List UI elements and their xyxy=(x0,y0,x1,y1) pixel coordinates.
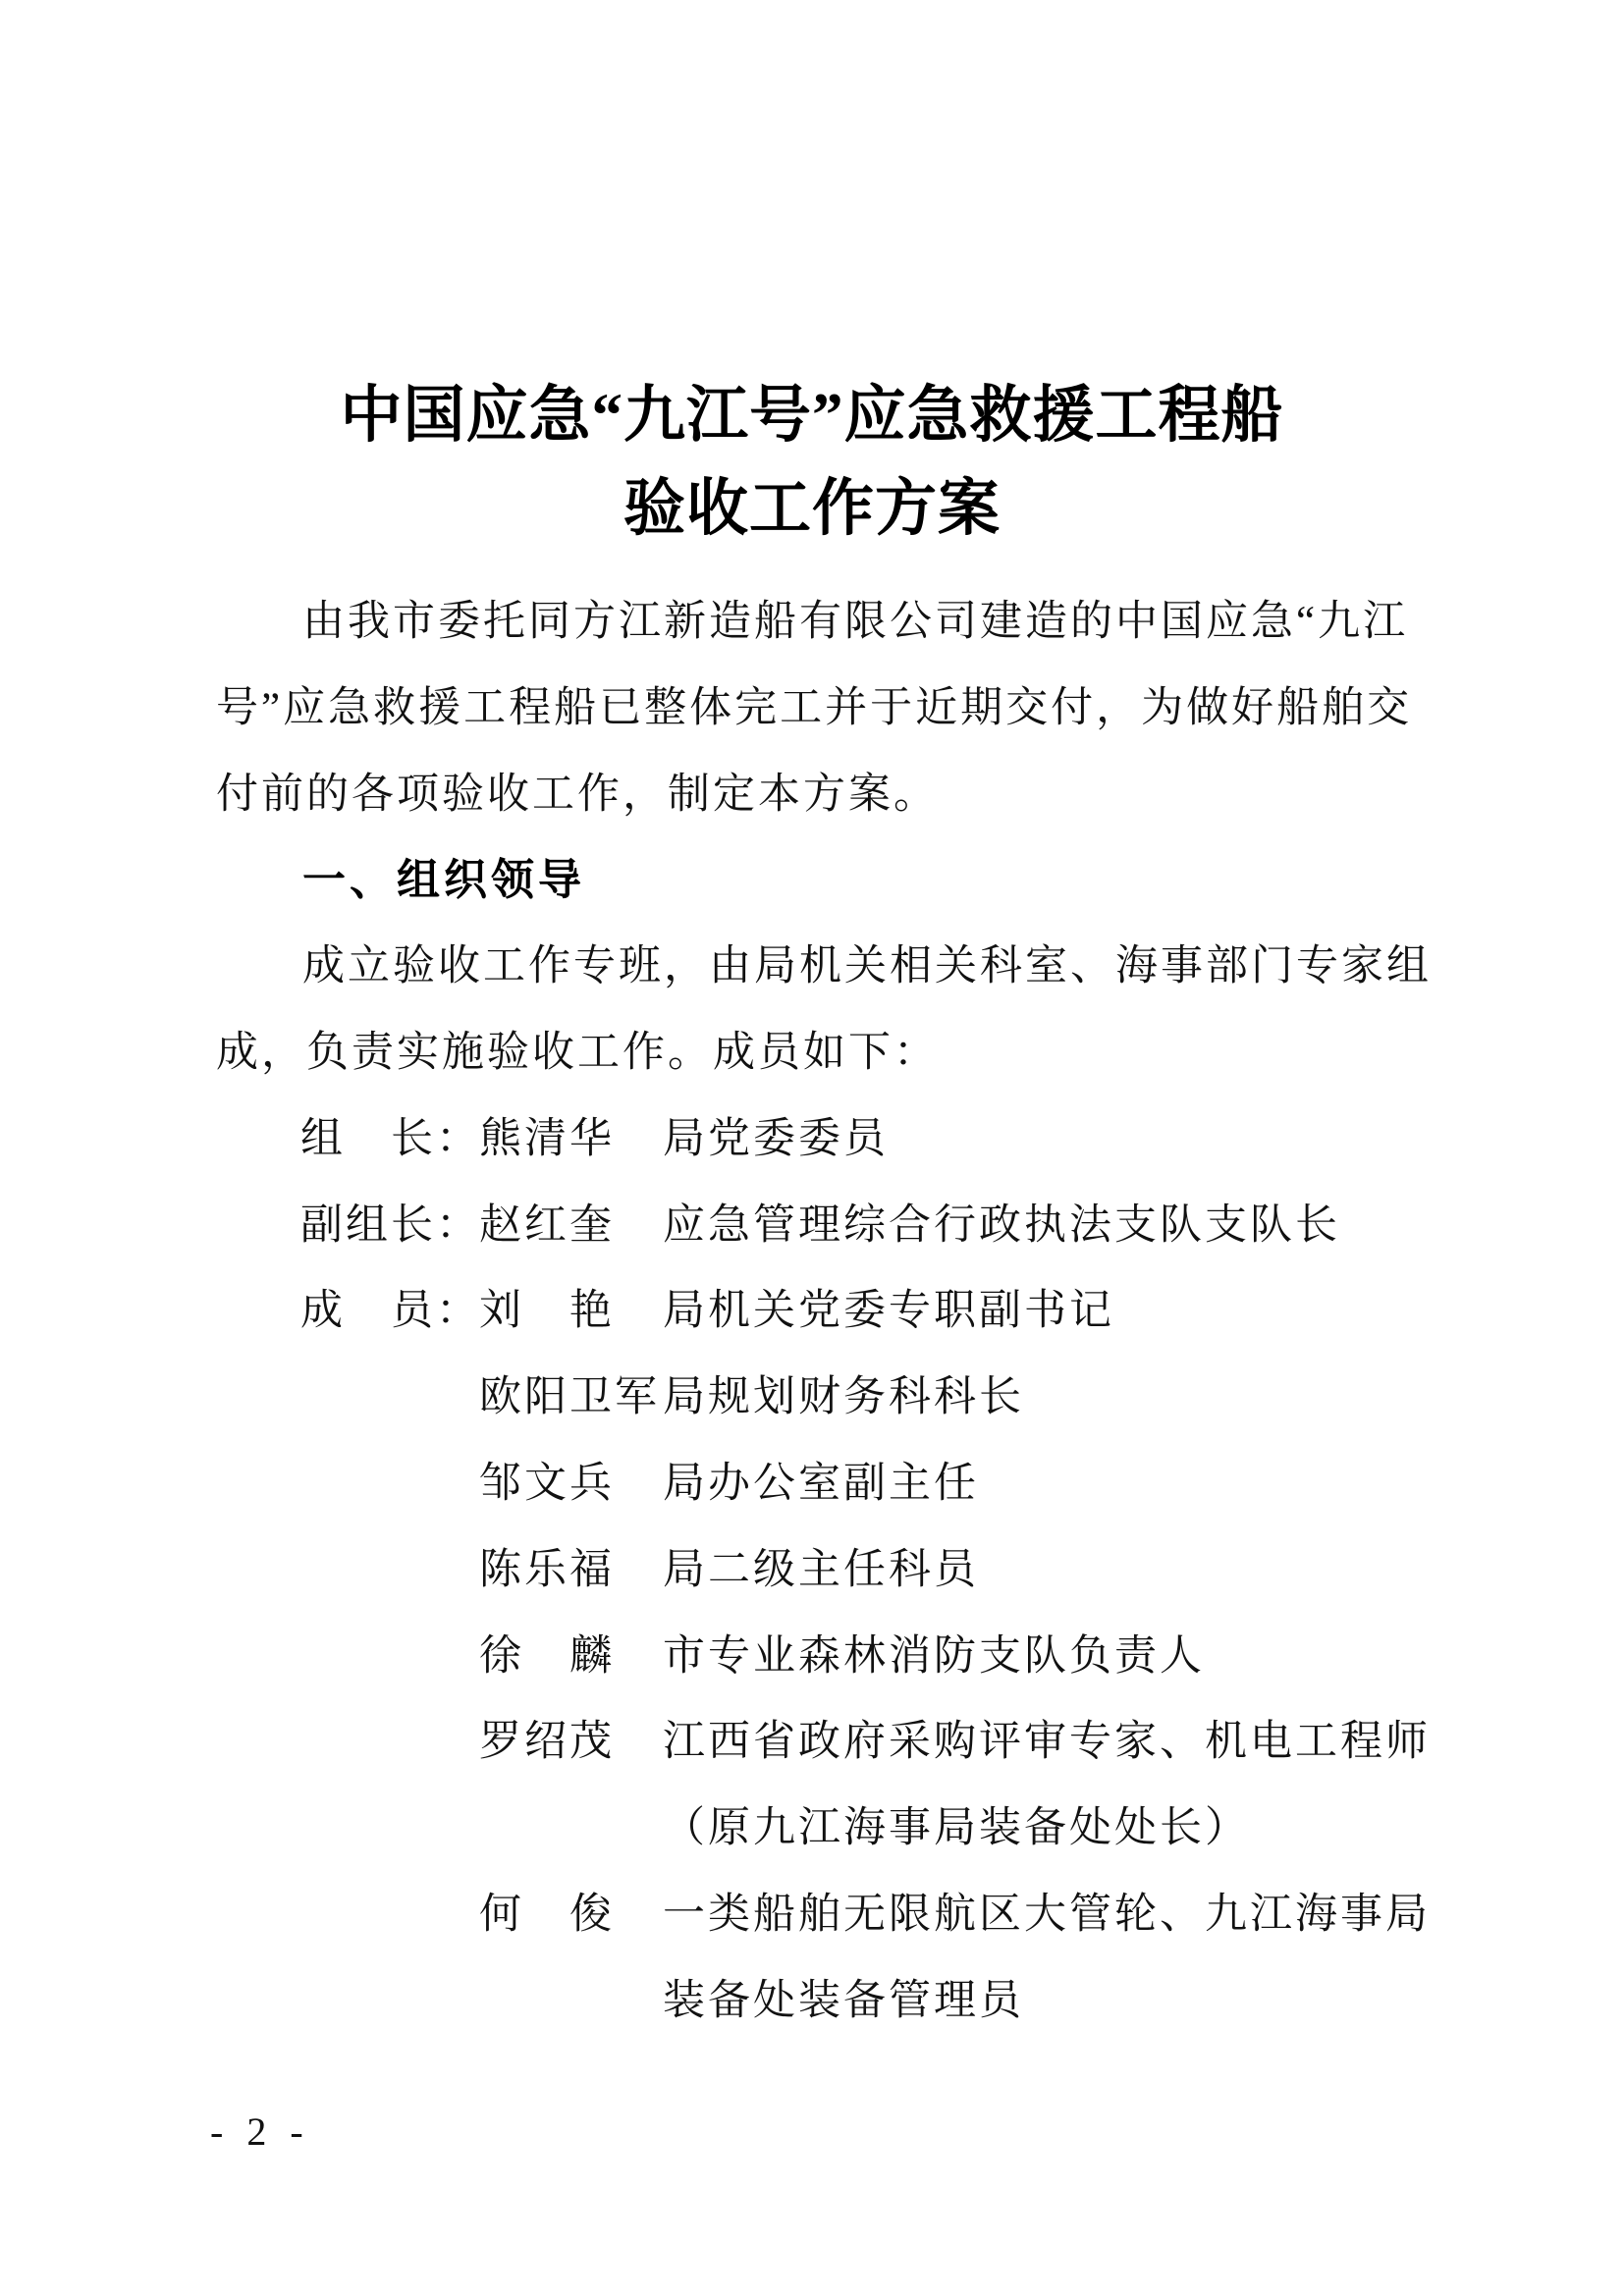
page-number: - 2 - xyxy=(210,2109,310,2155)
section-para-line-1: 成立验收工作专班，由局机关相关科室、海事部门专家组 xyxy=(216,924,1443,1010)
member-role: 一类船舶无限航区大管轮、九江海事局 xyxy=(663,1872,1431,1958)
title-line-1: 中国应急“九江号”应急救援工程船 xyxy=(0,369,1624,462)
member-label: 副组长： xyxy=(300,1183,479,1269)
member-name xyxy=(479,1786,663,1872)
member-role: 应急管理综合行政执法支队支队长 xyxy=(663,1183,1340,1269)
member-label xyxy=(300,1699,479,1786)
member-role: 局二级主任科员 xyxy=(663,1527,979,1614)
member-role: 装备处装备管理员 xyxy=(663,1958,1024,2045)
member-label xyxy=(300,1872,479,1958)
member-role: 局规划财务科科长 xyxy=(663,1355,1024,1441)
intro-line-2: 号”应急救援工程船已整体完工并于近期交付，为做好船舶交 xyxy=(216,666,1443,752)
member-name: 赵红奎 xyxy=(479,1183,663,1269)
member-label xyxy=(300,1958,479,2045)
member-name: 刘 艳 xyxy=(479,1268,663,1355)
member-row: 成 员： 刘 艳 局机关党委专职副书记 xyxy=(216,1268,1443,1355)
member-name: 邹文兵 xyxy=(479,1441,663,1527)
member-label xyxy=(300,1355,479,1441)
intro-line-1: 由我市委托同方江新造船有限公司建造的中国应急“九江 xyxy=(216,579,1443,666)
member-role: 江西省政府采购评审专家、机电工程师 xyxy=(663,1699,1431,1786)
member-name: 何 俊 xyxy=(479,1872,663,1958)
member-row: （原九江海事局装备处处长） xyxy=(216,1786,1443,1872)
section-heading: 一、组织领导 xyxy=(216,837,1443,924)
member-label xyxy=(300,1527,479,1614)
member-name: 徐 麟 xyxy=(479,1614,663,1700)
member-role: 市专业森林消防支队负责人 xyxy=(663,1614,1205,1700)
document-title: 中国应急“九江号”应急救援工程船 验收工作方案 xyxy=(0,369,1624,556)
member-row: 徐 麟 市专业森林消防支队负责人 xyxy=(216,1614,1443,1700)
document-page: 中国应急“九江号”应急救援工程船 验收工作方案 由我市委托同方江新造船有限公司建… xyxy=(0,0,1624,2296)
member-role: （原九江海事局装备处处长） xyxy=(663,1786,1250,1872)
member-role: 局机关党委专职副书记 xyxy=(663,1268,1114,1355)
member-row: 副组长： 赵红奎 应急管理综合行政执法支队支队长 xyxy=(216,1183,1443,1269)
member-name: 欧阳卫军 xyxy=(479,1355,663,1441)
member-label xyxy=(300,1441,479,1527)
member-name: 熊清华 xyxy=(479,1096,663,1183)
member-label: 成 员： xyxy=(300,1268,479,1355)
title-line-2: 验收工作方案 xyxy=(0,462,1624,556)
member-label: 组 长： xyxy=(300,1096,479,1183)
member-label xyxy=(300,1614,479,1700)
member-name: 陈乐福 xyxy=(479,1527,663,1614)
section-para-line-2: 成，负责实施验收工作。成员如下： xyxy=(216,1010,1443,1096)
member-name: 罗绍茂 xyxy=(479,1699,663,1786)
member-row: 装备处装备管理员 xyxy=(216,1958,1443,2045)
member-label xyxy=(300,1786,479,1872)
member-row: 邹文兵 局办公室副主任 xyxy=(216,1441,1443,1527)
member-row: 何 俊 一类船舶无限航区大管轮、九江海事局 xyxy=(216,1872,1443,1958)
intro-line-3: 付前的各项验收工作，制定本方案。 xyxy=(216,752,1443,838)
member-role: 局党委委员 xyxy=(663,1096,889,1183)
member-name xyxy=(479,1958,663,2045)
document-body: 由我市委托同方江新造船有限公司建造的中国应急“九江 号”应急救援工程船已整体完工… xyxy=(216,579,1443,2045)
member-row: 罗绍茂 江西省政府采购评审专家、机电工程师 xyxy=(216,1699,1443,1786)
member-row: 组 长： 熊清华 局党委委员 xyxy=(216,1096,1443,1183)
member-row: 陈乐福 局二级主任科员 xyxy=(216,1527,1443,1614)
member-role: 局办公室副主任 xyxy=(663,1441,979,1527)
member-row: 欧阳卫军 局规划财务科科长 xyxy=(216,1355,1443,1441)
